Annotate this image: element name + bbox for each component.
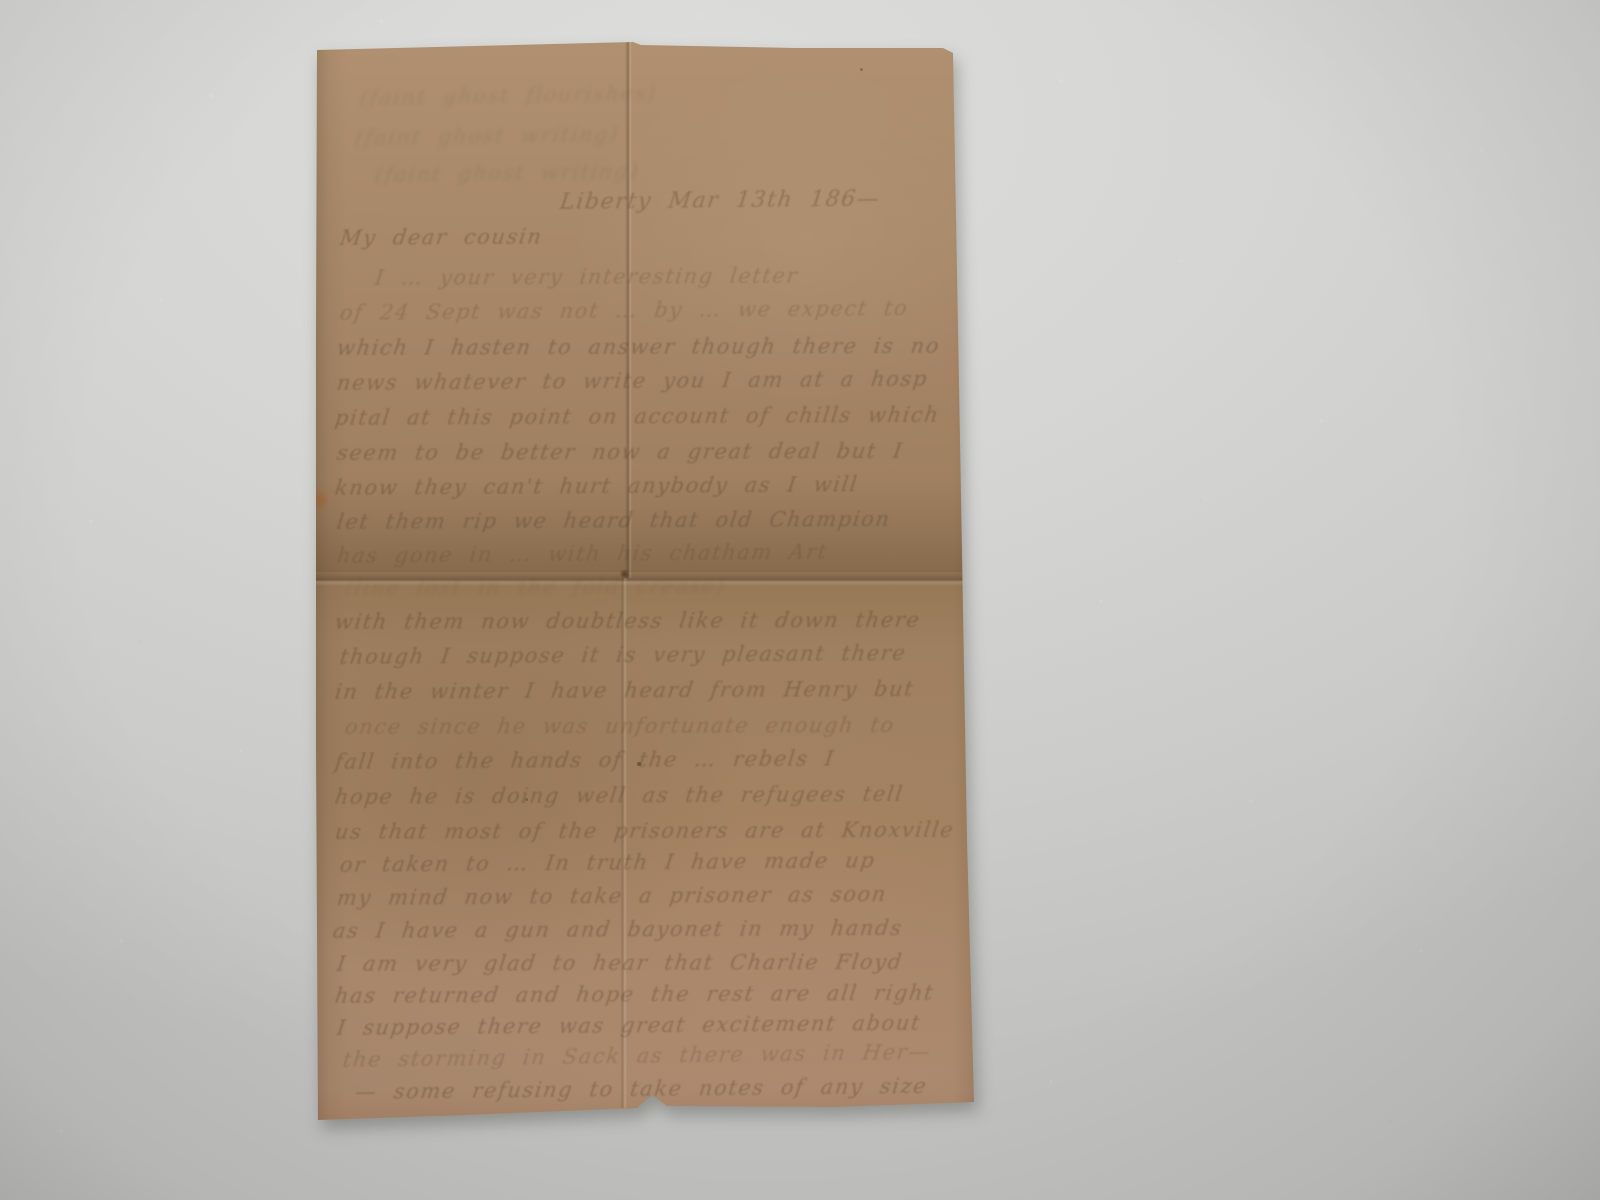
handwriting-line: once since he was unfortunate enough to [344, 715, 897, 738]
handwriting-line: seem to be better now a great deal but I [336, 441, 905, 464]
letter-salutation: My dear cousin [339, 227, 544, 249]
handwriting-line: or taken to … In truth I have made up [339, 850, 877, 876]
handwriting-line: I suppose there was great excitement abo… [336, 1013, 923, 1039]
handwriting-line: my mind now to take a prisoner as soon [336, 884, 889, 909]
handwriting-line: which I hasten to answer though there is… [336, 336, 942, 359]
faint-handwriting-line: (faint ghost flourishes) [359, 83, 658, 109]
letter-paper: (faint ghost flourishes) (faint ghost wr… [315, 40, 977, 1125]
letter-heading-place-date: Liberty Mar 13th 186— [559, 189, 882, 214]
handwriting-line: — some refusing to take notes of any siz… [354, 1076, 929, 1103]
faint-handwriting-line: (faint ghost writing) [374, 161, 641, 186]
faint-handwriting-line: (faint ghost writing) [354, 124, 621, 149]
handwriting-line: with them now doubtless like it down the… [334, 610, 922, 633]
handwriting-line: the storming in Sack as there was in Her… [342, 1042, 933, 1071]
handwriting-line: as I have a gun and bayonet in my hands [332, 918, 904, 942]
ink-speck [860, 68, 863, 71]
handwriting-line: though I suppose it is very pleasant the… [339, 643, 908, 668]
wall-texture-speckles [0, 0, 2, 2]
handwriting-line: news whatever to write you I am at a hos… [336, 369, 930, 394]
handwriting-line: know they can't hurt anybody as I will [334, 474, 860, 499]
handwriting-line: I … your very interesting letter [374, 266, 800, 289]
handwriting-line: of 24 Sept was not … by … we expect to [339, 298, 910, 324]
handwriting-line: (line lost in the fold crease) [344, 576, 728, 599]
rust-stain [312, 486, 328, 514]
handwriting-line: in the winter I have heard from Henry bu… [334, 679, 916, 703]
handwriting-line: I am very glad to hear that Charlie Floy… [336, 952, 905, 975]
handwriting-line: us that most of the prisoners are at Kno… [334, 820, 956, 843]
handwriting-line: pital at this point on account of chills… [334, 405, 941, 429]
letter-paper-sheet: (faint ghost flourishes) (faint ghost wr… [315, 40, 977, 1125]
handwriting-line: has returned and hope the rest are all r… [334, 983, 936, 1007]
handwriting-line: has gone in … with his chatham Art [336, 542, 829, 567]
handwriting-line: hope he is doing well as the refugees te… [334, 784, 905, 808]
photo-scene: (faint ghost flourishes) (faint ghost wr… [0, 0, 1600, 1200]
handwriting-line: fall into the hands of the … rebels I [334, 749, 837, 774]
handwriting-line: let them rip we heard that old Champion [336, 509, 892, 533]
